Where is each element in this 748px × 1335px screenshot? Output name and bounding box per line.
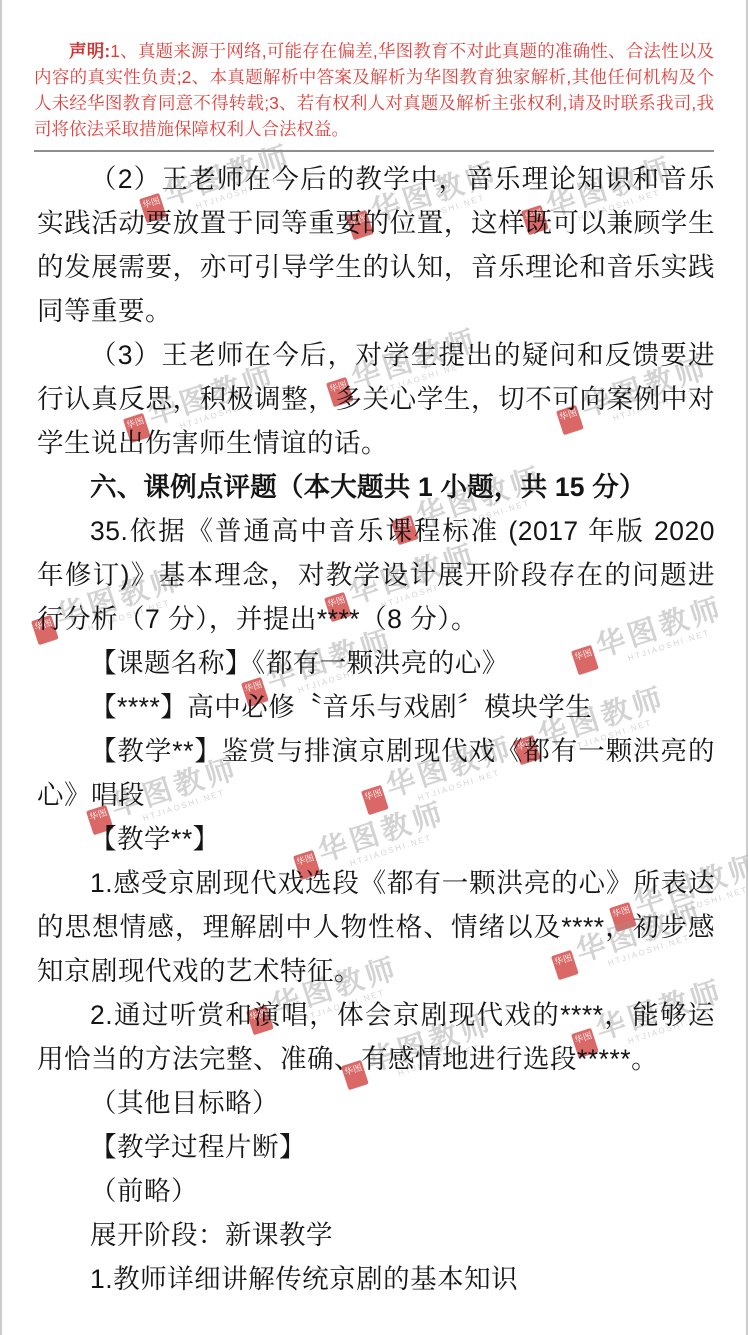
paragraph-13: （前略） bbox=[37, 1169, 715, 1213]
paragraph-7: 【教学**】鉴赏与排演京剧现代戏《都有一颗洪亮的心》唱段 bbox=[37, 729, 715, 817]
scanned-exam-page: 华图华图教师HTJIAOSHI.NET华图华图教师HTJIAOSHI.NET华图… bbox=[0, 0, 748, 1335]
paragraph-6: 【****】高中必修〝音乐与戏剧〞模块学生 bbox=[37, 685, 715, 729]
paragraph-1: （2）王老师在今后的教学中，音乐理论知识和音乐实践活动要放置于同等重要的位置，这… bbox=[37, 157, 715, 333]
paragraph-8: 【教学**】 bbox=[37, 817, 715, 861]
paragraph-2: （3）王老师在今后，对学生提出的疑问和反馈要进行认真反思，积极调整，多关心学生，… bbox=[37, 333, 715, 465]
disclaimer-label: 声明: bbox=[69, 41, 110, 61]
paragraph-10: 2.通过听赏和演唱，体会京剧现代戏的****，能够运用恰当的方法完整、准确、有感… bbox=[37, 993, 715, 1081]
paragraph-9: 1.感受京剧现代戏选段《都有一颗洪亮的心》所表达的思想情感，理解剧中人物性格、情… bbox=[37, 861, 715, 993]
scan-edge-left bbox=[0, 0, 2, 1335]
paragraph-15: 1.教师详细讲解传统京剧的基本知识 bbox=[37, 1257, 715, 1301]
paragraph-12: 【教学过程片断】 bbox=[37, 1125, 715, 1169]
paragraph-14: 展开阶段：新课教学 bbox=[37, 1213, 715, 1257]
paragraph-3: 六、课例点评题（本大题共 1 小题，共 15 分） bbox=[37, 465, 715, 509]
document-body: （2）王老师在今后的教学中，音乐理论知识和音乐实践活动要放置于同等重要的位置，这… bbox=[0, 152, 748, 1301]
paragraph-11: （其他目标略） bbox=[37, 1081, 715, 1125]
copyright-disclaimer: 声明:1、真题来源于网络,可能存在偏差,华图教育不对此真题的准确性、合法性以及内… bbox=[0, 0, 748, 142]
paragraph-4: 35.依据《普通高中音乐课程标准 (2017 年版 2020 年修订)》基本理念… bbox=[37, 509, 715, 641]
disclaimer-text: 1、真题来源于网络,可能存在偏差,华图教育不对此真题的准确性、合法性以及内容的真… bbox=[34, 41, 714, 139]
paragraph-5: 【课题名称】《都有一颗洪亮的心》 bbox=[37, 641, 715, 685]
